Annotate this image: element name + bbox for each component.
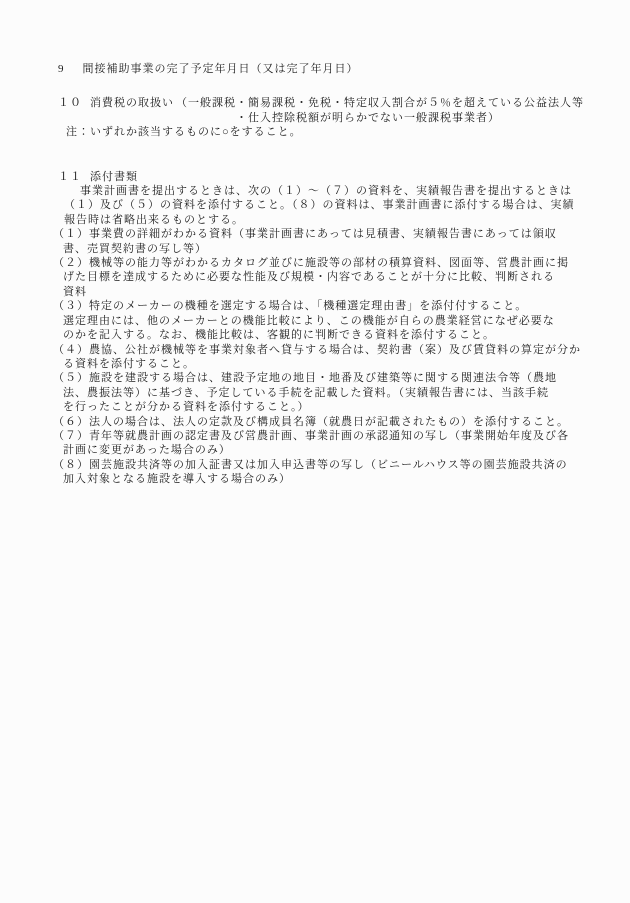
section-11-number: １１ [58,171,82,183]
section-10-title: 消費税の取扱い [90,97,174,109]
attachment-item-5-line-3: を行ったことが分かる資料を添付すること。） [63,400,630,414]
section-10-number: １０ [58,97,82,109]
attachment-item-2-line-2: げた目標を達成するために必要な性能及び規模・内容であることが十分に比較、判断され… [63,270,630,284]
attachment-intro-line-2: （１）及び（５）の資料を添付すること。（８）の資料は、事業計画書に添付する場合は… [64,198,630,212]
attachment-item-4-line-2: る資料を添付すること。 [63,357,630,371]
attachment-item-4-line-1: （４）農協、公社が機械等を事業対象者へ貸与する場合は、契約書（案）及び賃貸料の算… [53,343,630,357]
attachment-intro-line-3: 報告時は省略出来るものとする。 [64,213,630,227]
section-10-heading: １０消費税の取扱い（一般課税・簡易課税・免税・特定収入割合が５％を超えている公益… [58,96,630,110]
attachment-item-8-line-2: 加入対象となる施設を導入する場合のみ） [63,472,630,486]
attachment-item-5-line-1: （５）施設を建設する場合は、建設予定地の地目・地番及び建築等に関する関連法令等（… [53,371,630,385]
section-10-paren-line-2: ・仕入控除税額が明らかでない一般課税事業者） [236,111,630,125]
attachment-item-3-line-2: 選定理由には、他のメーカーとの機能比較により、この機能が自らの農業経営になぜ必要… [63,314,630,328]
attachment-item-6-line-1: （６）法人の場合は、法人の定款及び構成員名簿（就農日が記載されたもの）を添付する… [53,415,630,429]
attachment-item-8-line-1: （８）園芸施設共済等の加入証書又は加入申込書等の写し（ビニールハウス等の園芸施設… [53,458,630,472]
attachment-item-1-line-1: （１）事業費の詳細がわかる資料（事業計画書にあっては見積書、実績報告書にあっては… [53,227,630,241]
section-11-heading: １１添付書類 [58,170,630,184]
section-11-title: 添付書類 [90,171,138,183]
attachment-item-1-line-2: 書、売買契約書の写し等） [63,242,630,256]
section-9-number: 9 [58,63,65,75]
attachment-item-3-line-1: （３）特定のメーカーの機種を選定する場合は、「機種選定理由書」を添付付すること。 [53,299,630,313]
attachment-item-3-line-3: のかを記入する。なお、機能比較は、客観的に判断できる資料を添付すること。 [63,328,630,342]
document-page: 9間接補助事業の完了予定年月日（又は完了年月日） １０消費税の取扱い（一般課税・… [0,0,630,903]
section-9-title: 間接補助事業の完了予定年月日（又は完了年月日） [83,63,359,75]
attachment-item-5-line-2: 法、農振法等）に基づき、予定している手続を記載した資料。（実績報告書には、当該手… [63,386,630,400]
attachment-item-7-line-2: 計画に変更があった場合のみ） [63,443,630,457]
section-10-note: 注：いずれか該当するものに○をすること。 [66,125,630,139]
attachment-intro-line-1: 事業計画書を提出するときは、次の（１）～（７）の資料を、実績報告書を提出するとき… [80,184,630,198]
attachment-item-2-line-3: 資料 [63,285,630,299]
attachment-item-2-line-1: （２）機械等の能力等がわかるカタログ並びに施設等の部材の積算資料、図面等、営農計… [53,256,630,270]
section-10-paren-line-1: （一般課税・簡易課税・免税・特定収入割合が５％を超えている公益法人等 [176,97,584,109]
attachment-item-7-line-1: （７）青年等就農計画の認定書及び営農計画、事業計画の承認通知の写し（事業開始年度… [53,429,630,443]
section-9-heading: 9間接補助事業の完了予定年月日（又は完了年月日） [58,62,630,76]
